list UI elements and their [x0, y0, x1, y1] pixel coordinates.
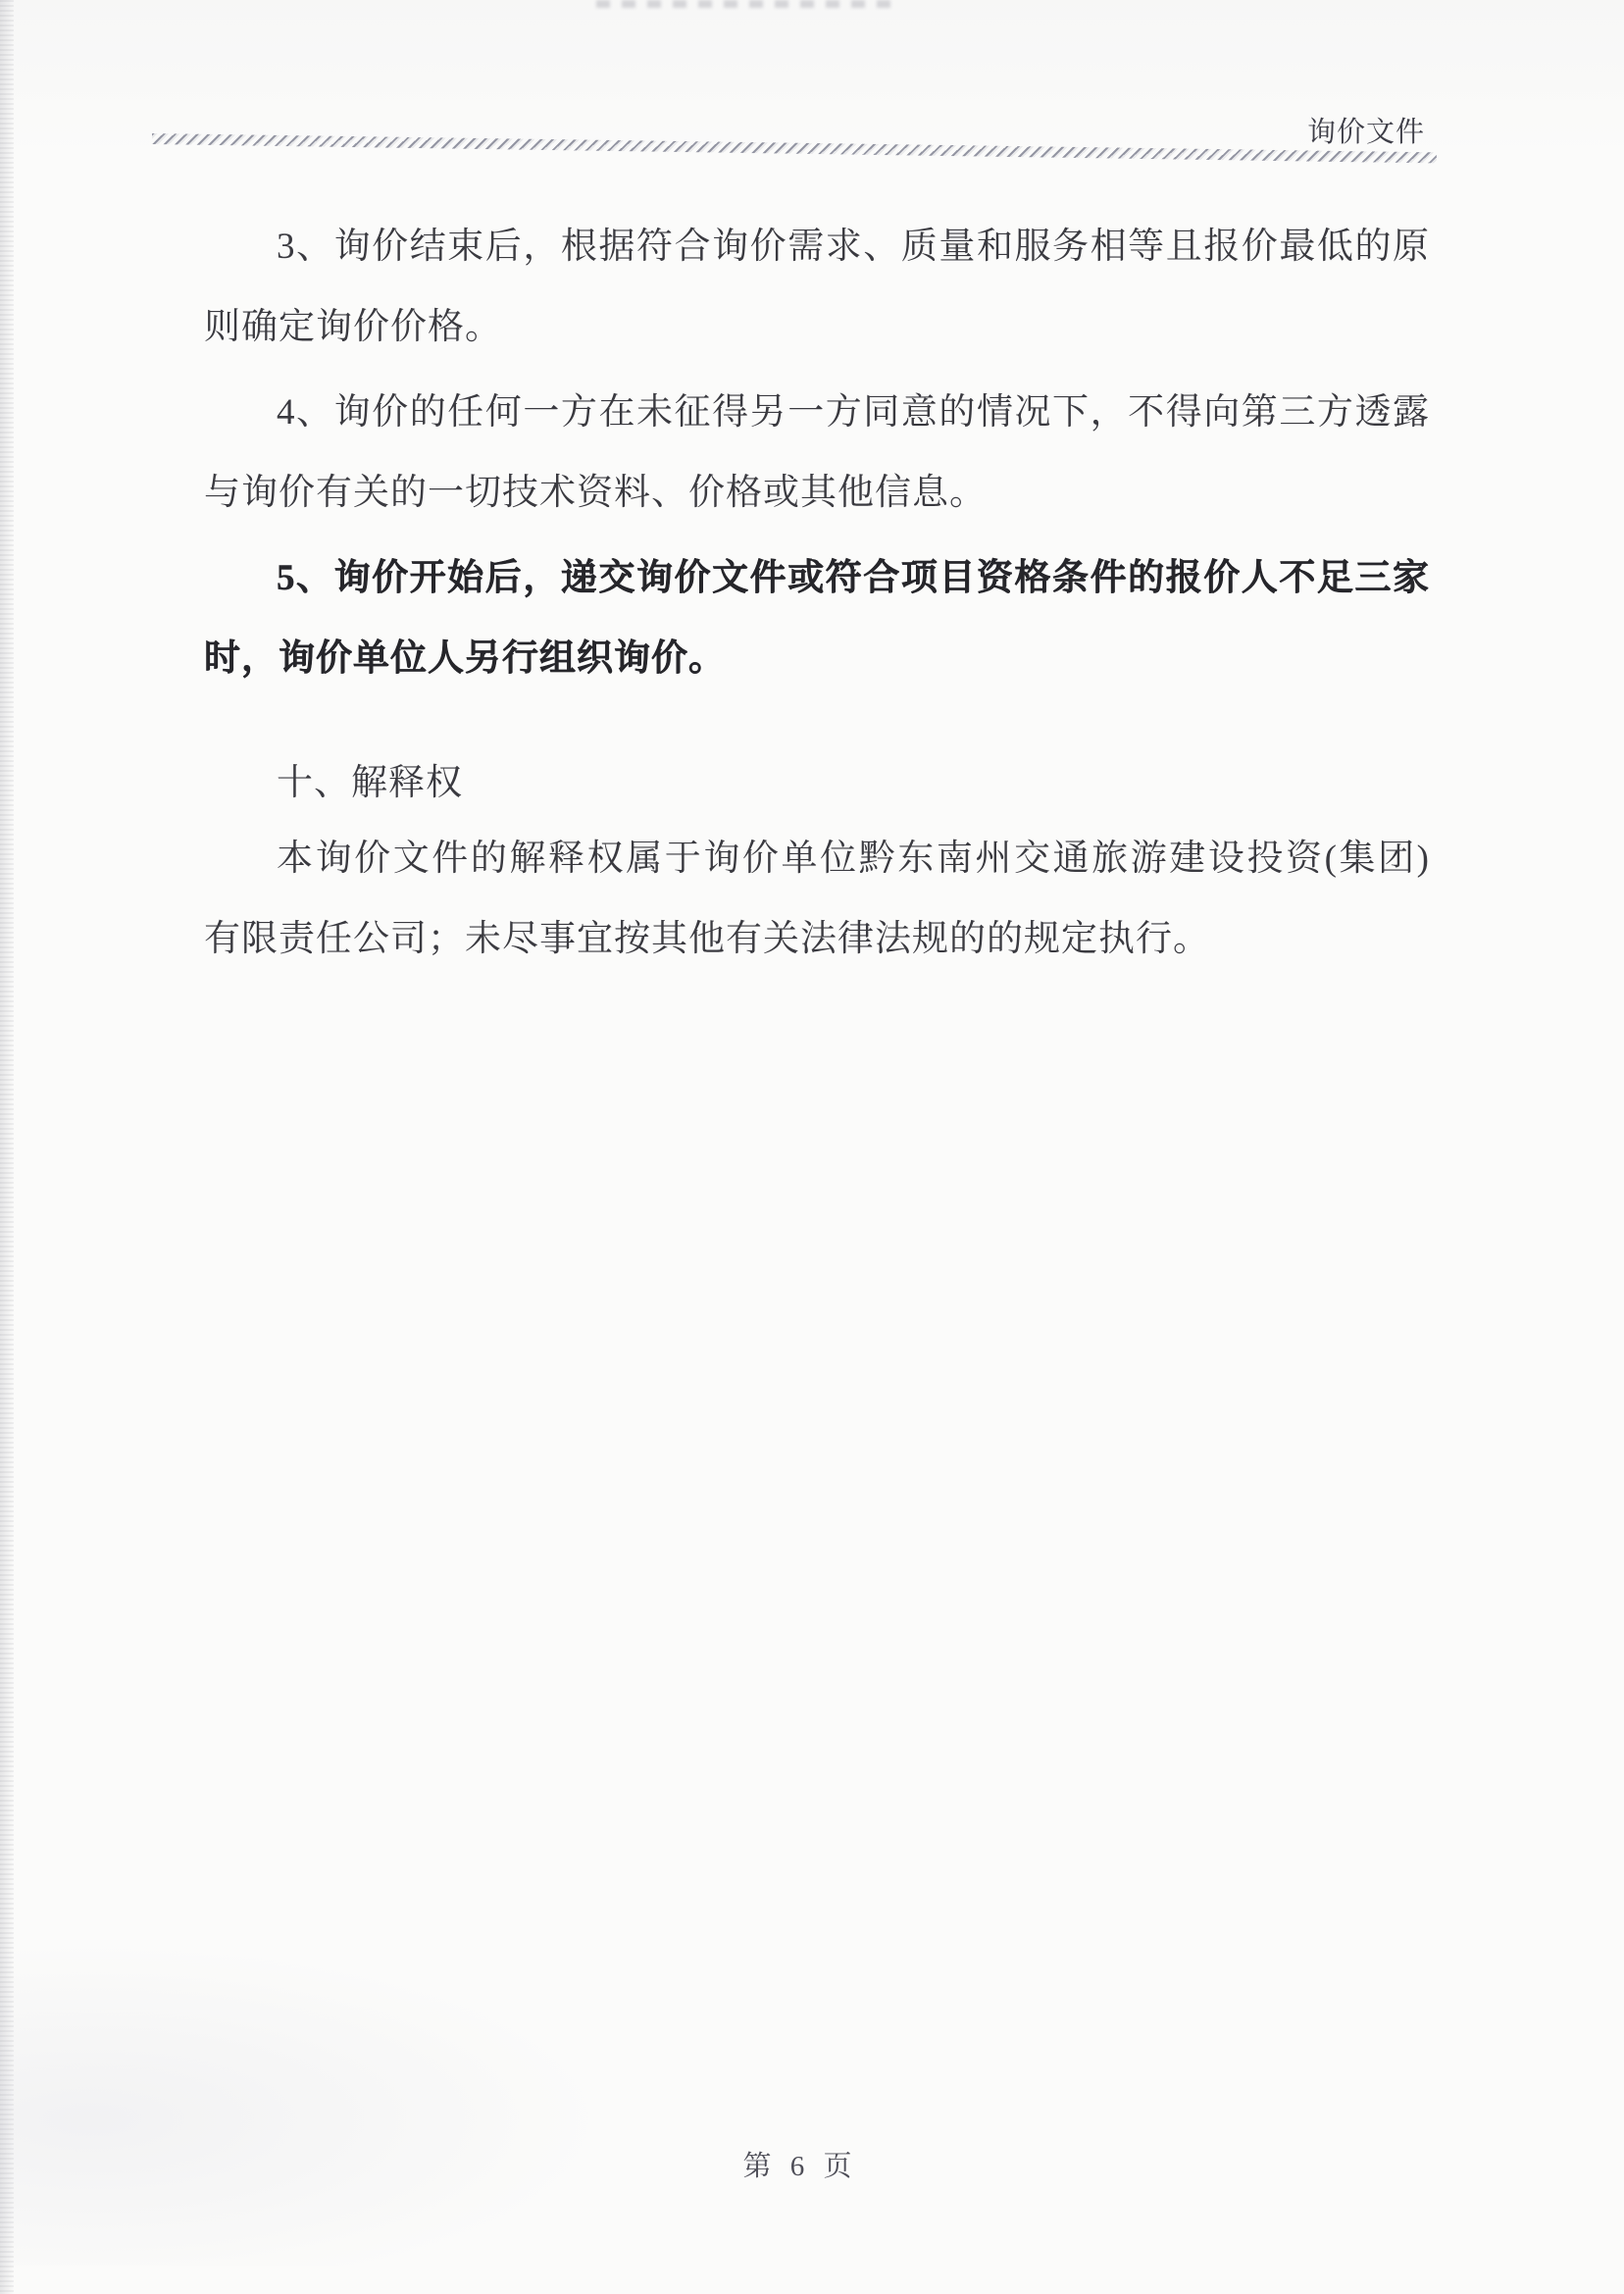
section-paragraph: 本询价文件的解释权属于询价单位黔东南州交通旅游建设投资(集团) 有限责任公司；未…: [204, 819, 1430, 980]
scan-artifact-top-text-remnant: [596, 0, 900, 8]
paragraph-4-line-2: 与询价有关的一切技术资料、价格或其他信息。: [204, 453, 1430, 534]
section-heading-interpretation-right: 十、解释权: [204, 748, 1430, 819]
paragraph-5-line-2: 时，询价单位人另行组织询价。: [204, 619, 1430, 699]
paragraph-item-4: 4、询价的任何一方在未征得另一方同意的情况下，不得向第三方透露 与询价有关的一切…: [204, 373, 1430, 534]
page-footer: 第 6 页: [0, 2144, 1624, 2184]
paragraph-item-3: 3、询价结束后，根据符合询价需求、质量和服务相等且报价最低的原 则确定询价价格。: [204, 207, 1430, 368]
paragraph-3-line-2: 则确定询价价格。: [204, 287, 1430, 368]
header-decorative-hatched-rule: [152, 133, 1437, 163]
section-heading-text: 十、解释权: [204, 748, 1430, 819]
document-page: 询价文件 3、询价结束后，根据符合询价需求、质量和服务相等且报价最低的原 则确定…: [0, 0, 1624, 2294]
scan-artifact-left-edge: [0, 0, 14, 2294]
document-body: 3、询价结束后，根据符合询价需求、质量和服务相等且报价最低的原 则确定询价价格。…: [204, 207, 1430, 980]
page-number: 第 6 页: [742, 2144, 857, 2184]
section-paragraph-line-2: 有限责任公司；未尽事宜按其他有关法律法规的的规定执行。: [204, 899, 1430, 980]
scan-shading-bottom-left: [0, 1942, 608, 2266]
paragraph-3-line-1: 3、询价结束后，根据符合询价需求、质量和服务相等且报价最低的原: [204, 207, 1430, 287]
section-paragraph-line-1: 本询价文件的解释权属于询价单位黔东南州交通旅游建设投资(集团): [204, 819, 1430, 899]
paragraph-item-5: 5、询价开始后，递交询价文件或符合项目资格条件的报价人不足三家 时，询价单位人另…: [204, 538, 1430, 699]
paragraph-4-line-1: 4、询价的任何一方在未征得另一方同意的情况下，不得向第三方透露: [204, 373, 1430, 453]
paragraph-5-line-1: 5、询价开始后，递交询价文件或符合项目资格条件的报价人不足三家: [204, 538, 1430, 619]
header-doc-title: 询价文件: [1307, 110, 1425, 150]
